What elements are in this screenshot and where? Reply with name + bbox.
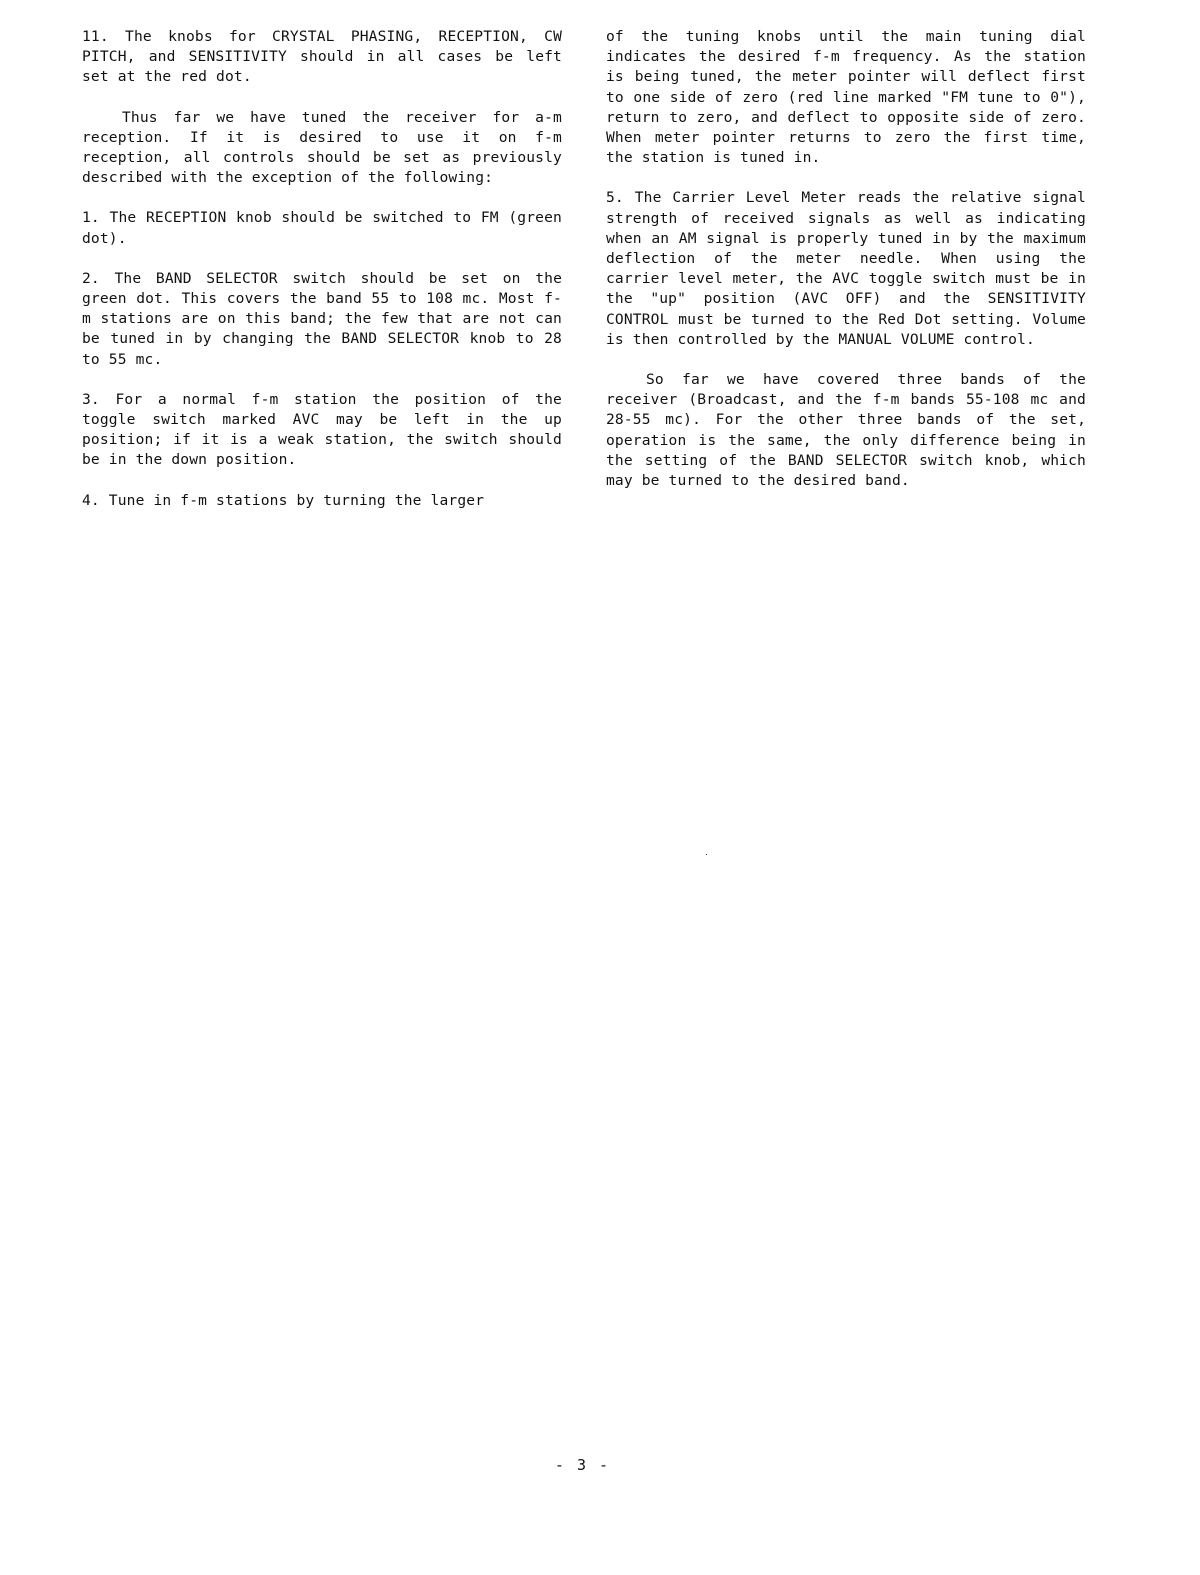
paragraph-fm-intro: Thus far we have tuned the receiver for …	[82, 108, 562, 189]
scan-speck	[706, 854, 707, 855]
paragraph-item-11: 11. The knobs for CRYSTAL PHASING, RECEP…	[82, 27, 562, 88]
paragraph-fm-step-4-start: 4. Tune in f-m stations by turning the l…	[82, 491, 562, 511]
paragraph-fm-step-2: 2. The BAND SELECTOR switch should be se…	[82, 269, 562, 370]
left-text-column: 11. The knobs for CRYSTAL PHASING, RECEP…	[82, 27, 562, 531]
paragraph-fm-step-5: 5. The Carrier Level Meter reads the rel…	[606, 188, 1086, 350]
paragraph-fm-step-4-continued: of the tuning knobs until the main tunin…	[606, 27, 1086, 168]
right-text-column: of the tuning knobs until the main tunin…	[606, 27, 1086, 511]
paragraph-fm-step-1: 1. The RECEPTION knob should be switched…	[82, 208, 562, 248]
document-page: 11. The knobs for CRYSTAL PHASING, RECEP…	[0, 0, 1200, 1575]
paragraph-bands-summary: So far we have covered three bands of th…	[606, 370, 1086, 491]
page-number: - 3 -	[0, 1456, 1165, 1474]
paragraph-fm-step-3: 3. For a normal f-m station the position…	[82, 390, 562, 471]
